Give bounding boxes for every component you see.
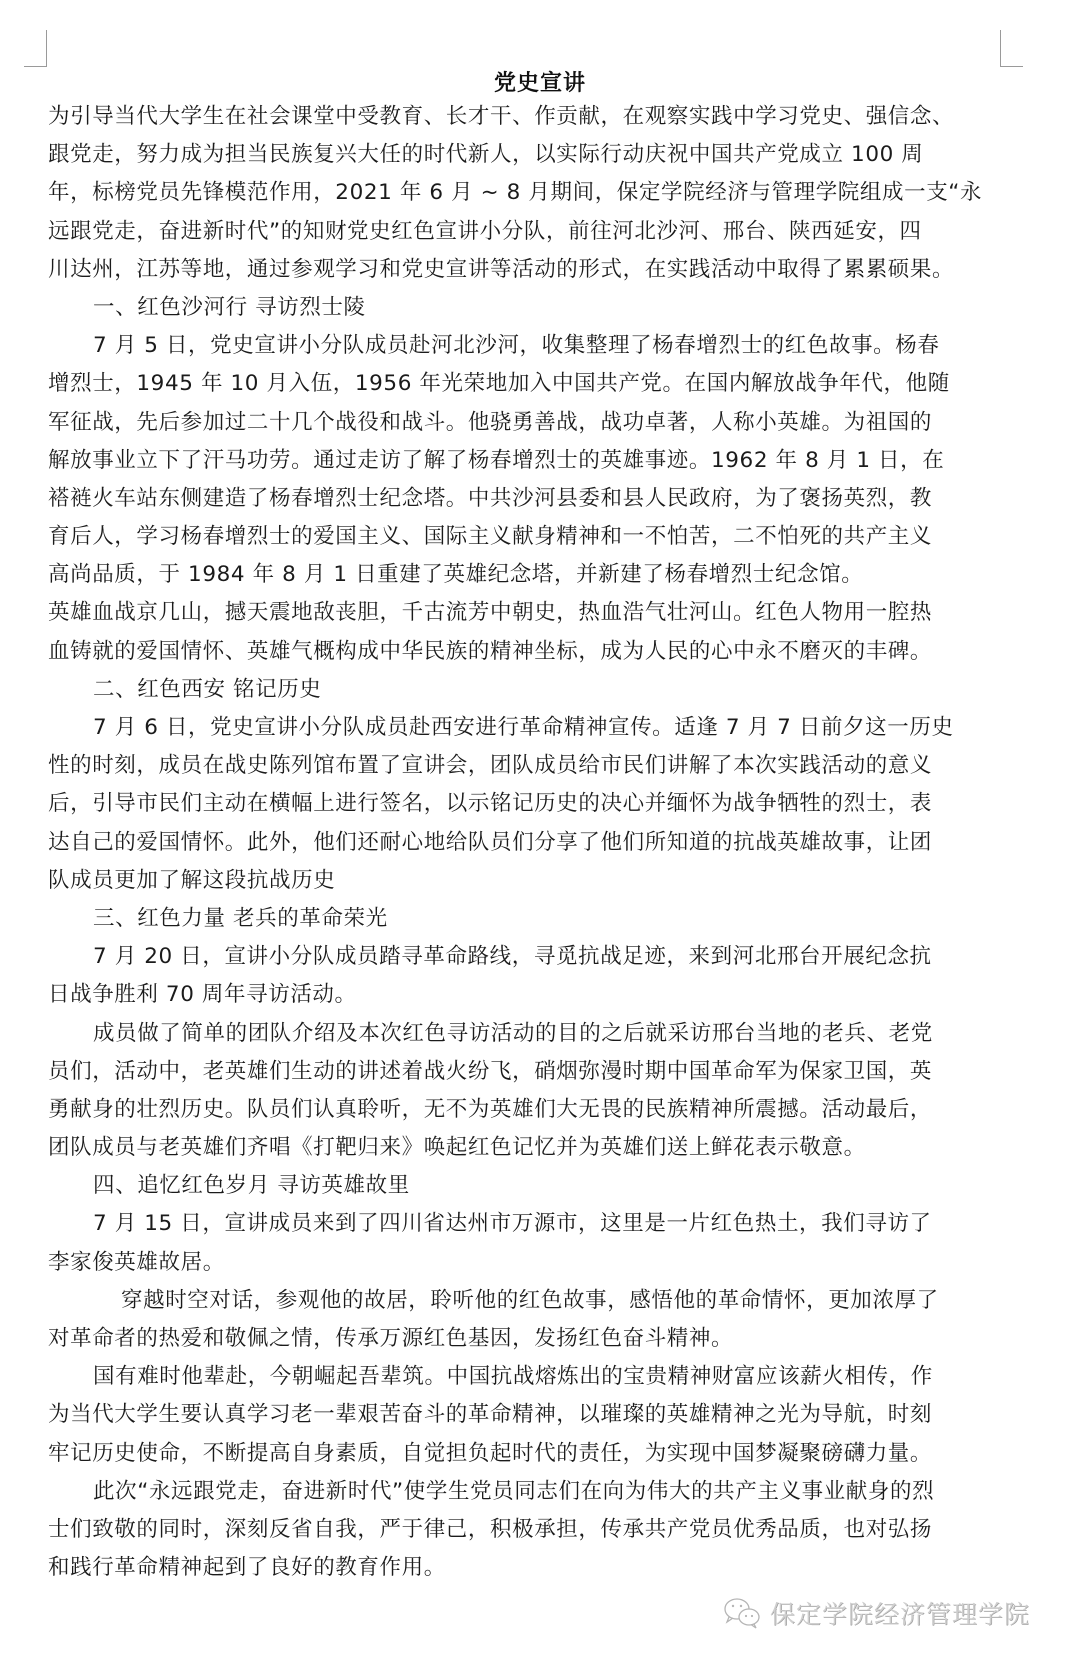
text-line: 育后人，学习杨春增烈士的爱国主义、国际主义献身精神和一不怕苦，二不怕死的共产主义 bbox=[48, 518, 1048, 556]
text-line: 解放事业立下了汗马功劳。通过走访了解了杨春增烈士的英雄事迹。1962 年 8 月… bbox=[48, 442, 1048, 480]
text-line: 军征战，先后参加过二十几个战役和战斗。他骁勇善战，战功卓著，人称小英雄。为祖国的 bbox=[48, 404, 1048, 442]
watermark-text: 保定学院经济管理学院 bbox=[770, 1595, 1030, 1631]
text-line: 为引导当代大学生在社会课堂中受教育、长才干、作贡献，在观察实践中学习党史、强信念… bbox=[48, 98, 1048, 136]
text-line: 员们，活动中，老英雄们生动的讲述着战火纷飞，硝烟弥漫时期中国革命军为保家卫国，英 bbox=[48, 1053, 1048, 1091]
text-line: 为当代大学生要认真学习老一辈艰苦奋斗的革命精神，以璀璨的英雄精神之光为导航，时刻 bbox=[48, 1396, 1048, 1434]
text-line: 7 月 15 日，宣讲成员来到了四川省达州市万源市，这里是一片红色热土，我们寻访… bbox=[48, 1205, 1048, 1243]
wechat-watermark: 保定学院经济管理学院 bbox=[722, 1595, 1030, 1631]
text-line: 跟党走，努力成为担当民族复兴大任的时代新人，以实际行动庆祝中国共产党成立 100… bbox=[48, 136, 1048, 174]
text-line: 增烈士，1945 年 10 月入伍，1956 年光荣地加入中国共产党。在国内解放… bbox=[48, 365, 1048, 403]
text-line: 7 月 20 日，宣讲小分队成员踏寻革命路线，寻觅抗战足迹，来到河北邢台开展纪念… bbox=[48, 938, 1048, 976]
text-line: 队成员更加了解这段抗战历史 bbox=[48, 862, 1048, 900]
text-line: 川达州，江苏等地，通过参观学习和党史宣讲等活动的形式，在实践活动中取得了累累硕果… bbox=[48, 251, 1048, 289]
crop-mark-top-right bbox=[1000, 30, 1023, 67]
crop-mark-top-left bbox=[24, 30, 47, 67]
text-line: 后，引导市民们主动在横幅上进行签名，以示铭记历史的决心并缅怀为战争牺牲的烈士，表 bbox=[48, 785, 1048, 823]
text-line: 勇献身的壮烈历史。队员们认真聆听，无不为英雄们大无畏的民族精神所震撼。活动最后， bbox=[48, 1091, 1048, 1129]
text-line: 褡裢火车站东侧建造了杨春增烈士纪念塔。中共沙河县委和县人民政府，为了褒扬英烈，教 bbox=[48, 480, 1048, 518]
text-line: 年，标榜党员先锋模范作用，2021 年 6 月 ~ 8 月期间，保定学院经济与管… bbox=[48, 174, 1048, 212]
text-line: 团队成员与老英雄们齐唱《打靶归来》唤起红色记忆并为英雄们送上鲜花表示敬意。 bbox=[48, 1129, 1048, 1167]
text-line: 日战争胜利 70 周年寻访活动。 bbox=[48, 976, 1048, 1014]
document-title: 党史宣讲 bbox=[0, 66, 1080, 97]
section-heading-2: 二、红色西安 铭记历史 bbox=[48, 671, 1048, 709]
text-line: 7 月 6 日，党史宣讲小分队成员赴西安进行革命精神宣传。适逢 7 月 7 日前… bbox=[48, 709, 1048, 747]
section-heading-1: 一、红色沙河行 寻访烈士陵 bbox=[48, 289, 1048, 327]
text-line: 国有难时他辈赴，今朝崛起吾辈筑。中国抗战熔炼出的宝贵精神财富应该薪火相传，作 bbox=[48, 1358, 1048, 1396]
text-line: 牢记历史使命，不断提高自身素质，自觉担负起时代的责任，为实现中国梦凝聚磅礴力量。 bbox=[48, 1435, 1048, 1473]
text-line: 和践行革命精神起到了良好的教育作用。 bbox=[48, 1549, 1048, 1587]
text-line: 此次“永远跟党走，奋进新时代”使学生党员同志们在向为伟大的共产主义事业献身的烈 bbox=[48, 1473, 1048, 1511]
text-line: 成员做了简单的团队介绍及本次红色寻访活动的目的之后就采访邢台当地的老兵、老党 bbox=[48, 1015, 1048, 1053]
text-line: 7 月 5 日，党史宣讲小分队成员赴河北沙河，收集整理了杨春增烈士的红色故事。杨… bbox=[48, 327, 1048, 365]
text-line: 远跟党走，奋进新时代”的知财党史红色宣讲小分队，前往河北沙河、邢台、陕西延安，四 bbox=[48, 213, 1048, 251]
wechat-icon bbox=[722, 1596, 762, 1630]
section-heading-4: 四、追忆红色岁月 寻访英雄故里 bbox=[48, 1167, 1048, 1205]
section-heading-3: 三、红色力量 老兵的革命荣光 bbox=[48, 900, 1048, 938]
text-line: 李家俊英雄故居。 bbox=[48, 1244, 1048, 1282]
text-line: 英雄血战京几山，撼天震地敌丧胆，千古流芳中朝史，热血浩气壮河山。红色人物用一腔热 bbox=[48, 594, 1048, 632]
text-line: 达自己的爱国情怀。此外，他们还耐心地给队员们分享了他们所知道的抗战英雄故事，让团 bbox=[48, 824, 1048, 862]
text-line: 穿越时空对话，参观他的故居，聆听他的红色故事，感悟他的革命情怀，更加浓厚了 bbox=[48, 1282, 1048, 1320]
text-line: 高尚品质，于 1984 年 8 月 1 日重建了英雄纪念塔，并新建了杨春增烈士纪… bbox=[48, 556, 1048, 594]
text-line: 性的时刻，成员在战史陈列馆布置了宣讲会，团队成员给市民们讲解了本次实践活动的意义 bbox=[48, 747, 1048, 785]
document-body: 为引导当代大学生在社会课堂中受教育、长才干、作贡献，在观察实践中学习党史、强信念… bbox=[48, 98, 1048, 1587]
text-line: 对革命者的热爱和敬佩之情，传承万源红色基因，发扬红色奋斗精神。 bbox=[48, 1320, 1048, 1358]
text-line: 士们致敬的同时，深刻反省自我，严于律己，积极承担，传承共产党员优秀品质，也对弘扬 bbox=[48, 1511, 1048, 1549]
text-line: 血铸就的爱国情怀、英雄气概构成中华民族的精神坐标，成为人民的心中永不磨灭的丰碑。 bbox=[48, 633, 1048, 671]
